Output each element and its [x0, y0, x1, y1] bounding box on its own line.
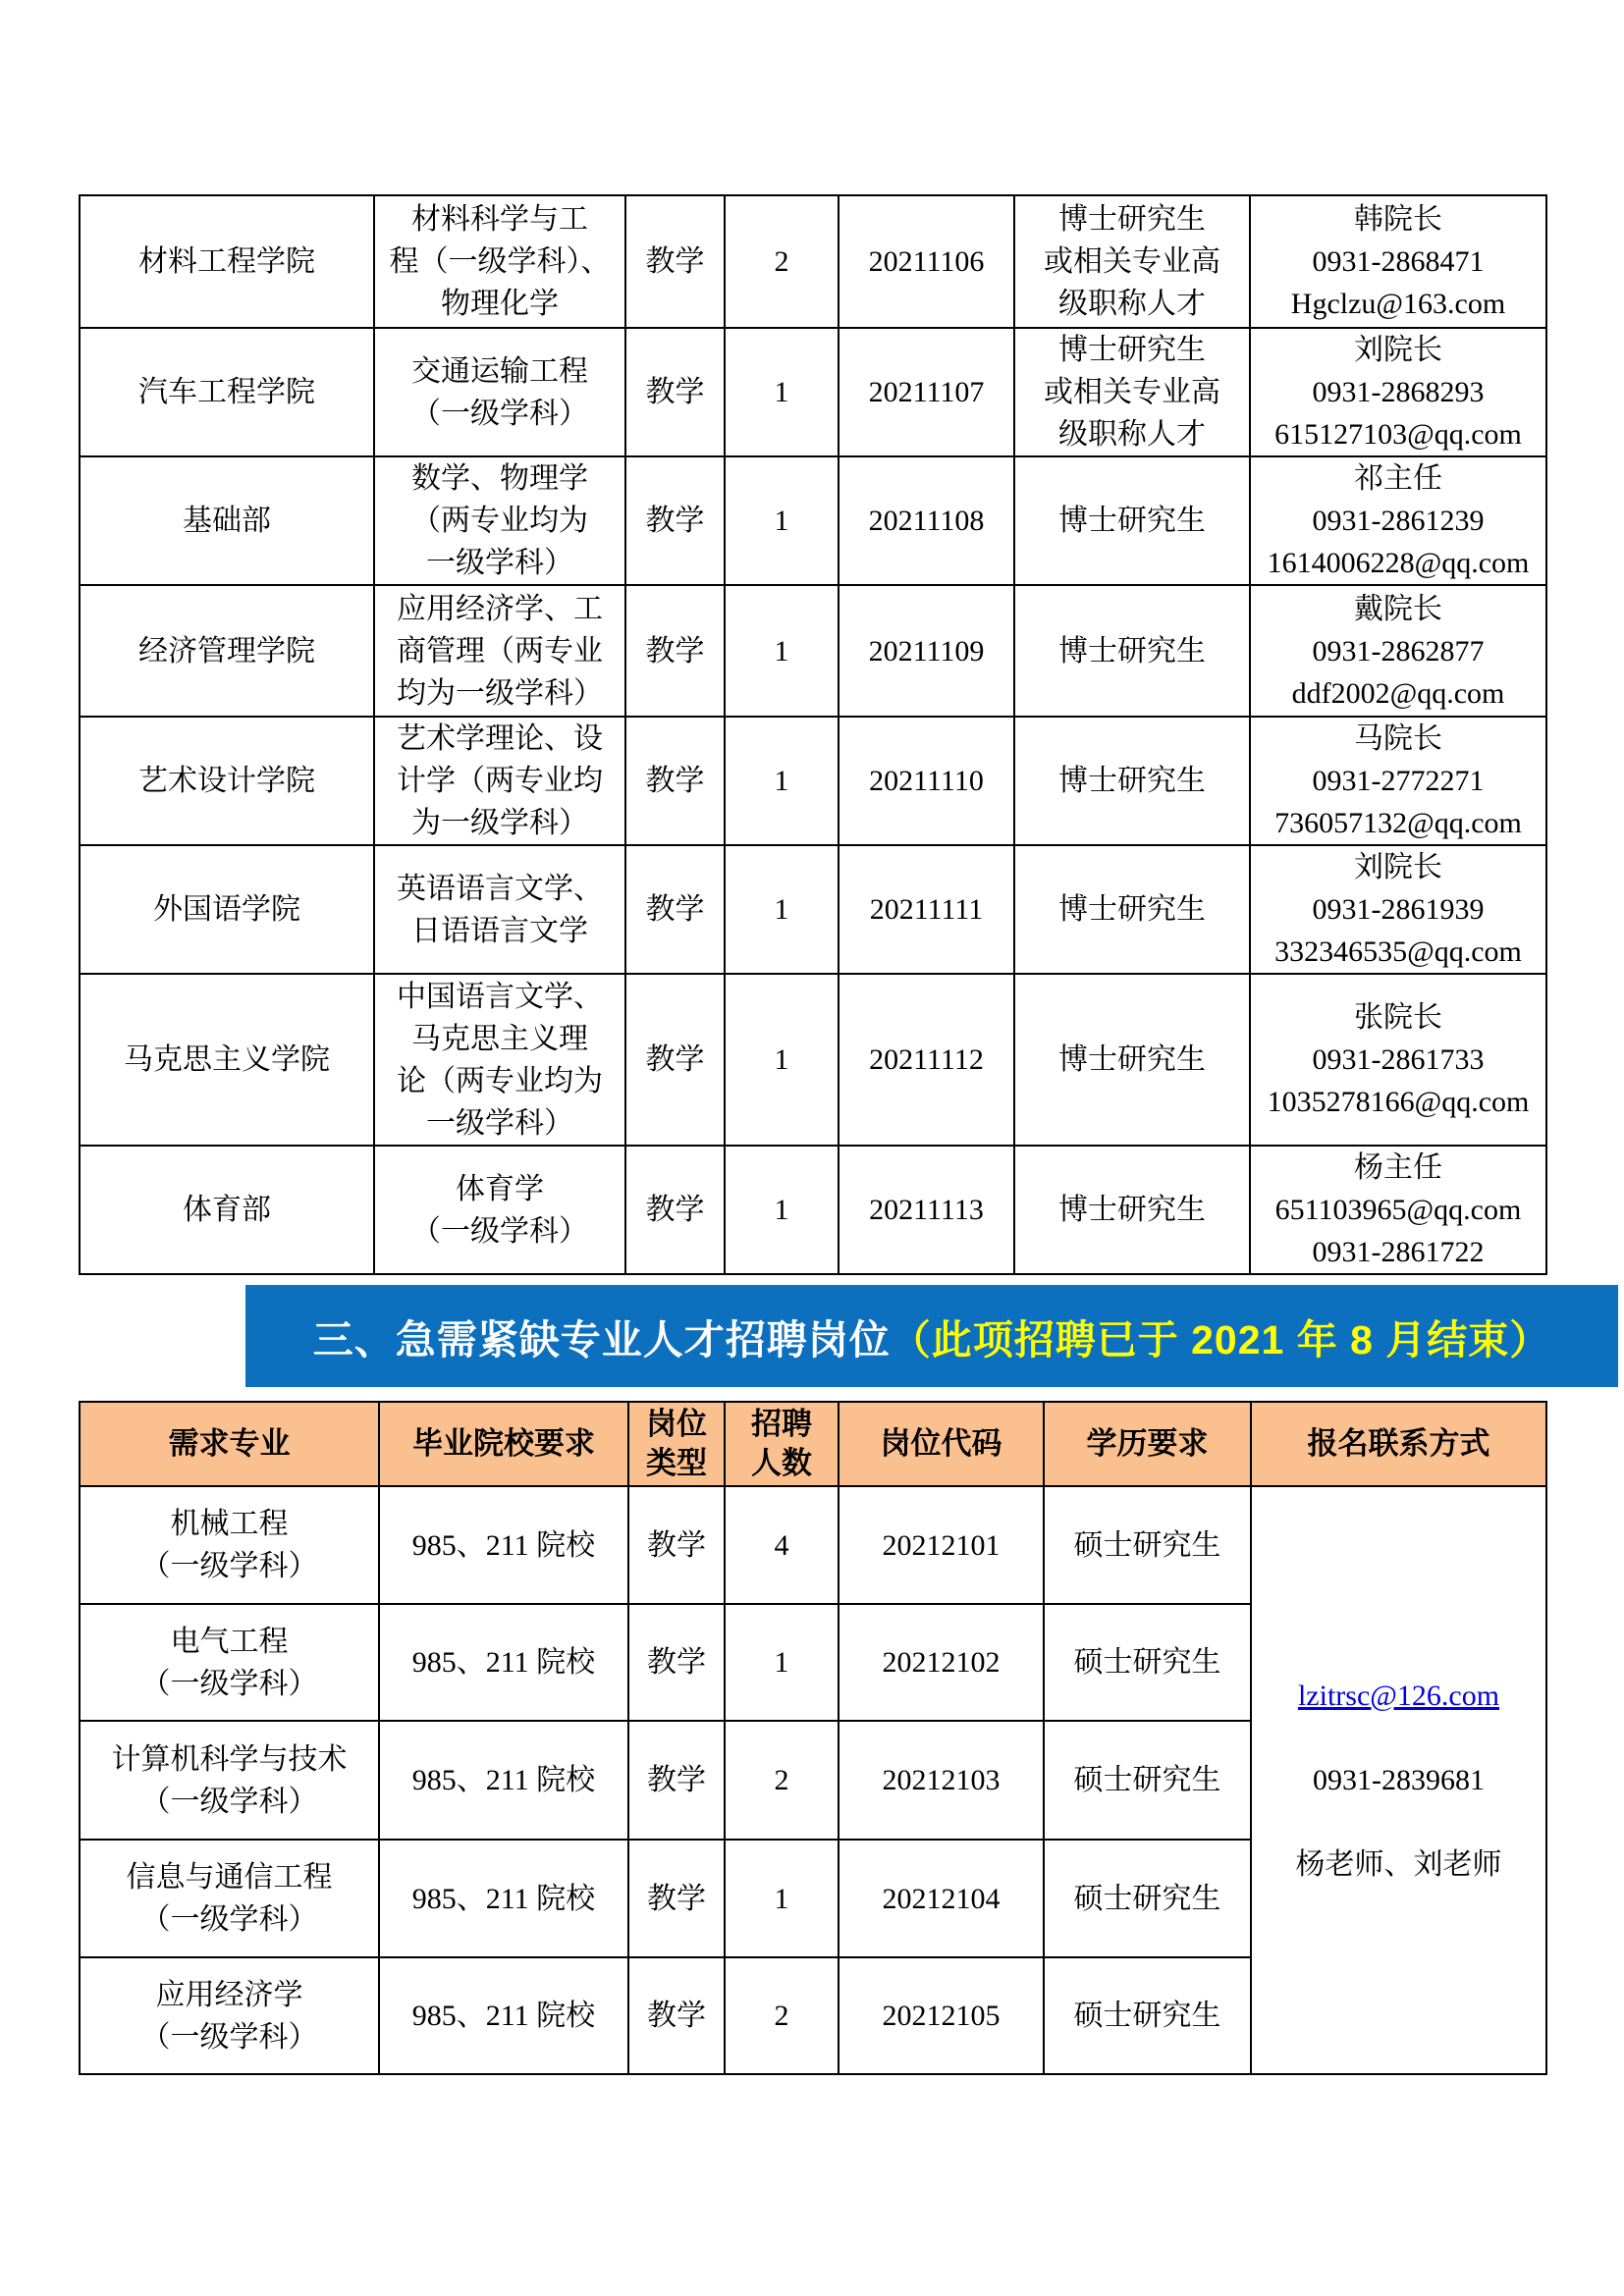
post-code-cell: 20211106	[839, 195, 1014, 328]
dept-cell: 马克思主义学院	[80, 974, 374, 1146]
degree-cell: 博士研究生	[1014, 845, 1250, 974]
degree-cell: 硕士研究生	[1044, 1840, 1251, 1957]
headcount-cell: 1	[725, 585, 839, 717]
post-type-cell: 教学	[625, 1146, 725, 1274]
contact-cell: 刘院长 0931-2868293 615127103@qq.com	[1250, 328, 1546, 456]
school-req-cell: 985、211 院校	[379, 1486, 628, 1604]
header-degree: 学历要求	[1044, 1402, 1251, 1486]
major-cell: 电气工程 （一级学科）	[80, 1604, 379, 1721]
headcount-cell: 1	[725, 328, 839, 456]
dept-cell: 经济管理学院	[80, 585, 374, 717]
headcount-cell: 1	[725, 717, 839, 845]
school-req-cell: 985、211 院校	[379, 1721, 628, 1840]
table-row: 体育部 体育学 （一级学科） 教学 1 20211113 博士研究生 杨主任 6…	[80, 1146, 1546, 1274]
headcount-cell: 1	[725, 974, 839, 1146]
post-code-cell: 20211112	[839, 974, 1014, 1146]
post-type-cell: 教学	[625, 195, 725, 328]
contact-cell: 刘院长 0931-2861939 332346535@qq.com	[1250, 845, 1546, 974]
post-type-cell: 教学	[628, 1840, 725, 1957]
header-headcount: 招聘 人数	[725, 1402, 839, 1486]
post-type-cell: 教学	[628, 1486, 725, 1604]
post-type-cell: 教学	[625, 585, 725, 717]
post-code-cell: 20212105	[839, 1957, 1044, 2074]
table-row: 经济管理学院 应用经济学、工 商管理（两专业 均为一级学科） 教学 1 2021…	[80, 585, 1546, 717]
headcount-cell: 2	[725, 195, 839, 328]
section-heading-text: 三、急需紧缺专业人才招聘岗位	[313, 1308, 891, 1365]
table-row: 汽车工程学院 交通运输工程 （一级学科） 教学 1 20211107 博士研究生…	[80, 328, 1546, 456]
degree-cell: 博士研究生	[1014, 974, 1250, 1146]
table-row: 基础部 数学、物理学 （两专业均为 一级学科） 教学 1 20211108 博士…	[80, 456, 1546, 585]
document-page: 材料工程学院 材料科学与工 程（一级学科）、 物理化学 教学 2 2021110…	[0, 0, 1624, 2296]
headcount-cell: 2	[725, 1957, 839, 2074]
table-row: 材料工程学院 材料科学与工 程（一级学科）、 物理化学 教学 2 2021110…	[80, 195, 1546, 328]
headcount-cell: 4	[725, 1486, 839, 1604]
table-row: 艺术设计学院 艺术学理论、设 计学（两专业均 为一级学科） 教学 1 20211…	[80, 717, 1546, 845]
section-heading-note: （此项招聘已于 2021 年 8 月结束）	[891, 1308, 1551, 1365]
post-code-cell: 20211107	[839, 328, 1014, 456]
headcount-cell: 2	[725, 1721, 839, 1840]
headcount-cell: 1	[725, 456, 839, 585]
majors-cell: 中国语言文学、 马克思主义理 论（两专业均为 一级学科）	[374, 974, 625, 1146]
header-major: 需求专业	[80, 1402, 379, 1486]
degree-cell: 博士研究生	[1014, 1146, 1250, 1274]
degree-cell: 博士研究生	[1014, 585, 1250, 717]
dept-cell: 基础部	[80, 456, 374, 585]
headcount-cell: 1	[725, 845, 839, 974]
major-cell: 计算机科学与技术 （一级学科）	[80, 1721, 379, 1840]
headcount-cell: 1	[725, 1146, 839, 1274]
degree-cell: 博士研究生	[1014, 456, 1250, 585]
contact-cell: 杨主任 651103965@qq.com 0931-2861722	[1250, 1146, 1546, 1274]
headcount-cell: 1	[725, 1840, 839, 1957]
contact-merged-cell: lzitrsc@126.com 0931-2839681 杨老师、刘老师	[1251, 1486, 1546, 2074]
table-row: 机械工程 （一级学科） 985、211 院校 教学 4 20212101 硕士研…	[80, 1486, 1546, 1604]
post-type-cell: 教学	[628, 1604, 725, 1721]
post-code-cell: 20211111	[839, 845, 1014, 974]
table-row: 外国语学院 英语语言文学、 日语语言文学 教学 1 20211111 博士研究生…	[80, 845, 1546, 974]
table-header-row: 需求专业 毕业院校要求 岗位 类型 招聘 人数 岗位代码 学历要求 报名联系方式	[80, 1402, 1546, 1486]
post-code-cell: 20211113	[839, 1146, 1014, 1274]
header-contact: 报名联系方式	[1251, 1402, 1546, 1486]
dept-cell: 材料工程学院	[80, 195, 374, 328]
post-code-cell: 20212103	[839, 1721, 1044, 1840]
post-code-cell: 20211109	[839, 585, 1014, 717]
post-type-cell: 教学	[628, 1721, 725, 1840]
dept-cell: 艺术设计学院	[80, 717, 374, 845]
header-post-type: 岗位 类型	[628, 1402, 725, 1486]
post-code-cell: 20212102	[839, 1604, 1044, 1721]
contact-cell: 戴院长 0931-2862877 ddf2002@qq.com	[1250, 585, 1546, 717]
contact-cell: 韩院长 0931-2868471 Hgclzu@163.com	[1250, 195, 1546, 328]
school-req-cell: 985、211 院校	[379, 1957, 628, 2074]
majors-cell: 英语语言文学、 日语语言文学	[374, 845, 625, 974]
school-req-cell: 985、211 院校	[379, 1604, 628, 1721]
contact-cell: 张院长 0931-2861733 1035278166@qq.com	[1250, 974, 1546, 1146]
post-type-cell: 教学	[625, 974, 725, 1146]
major-cell: 机械工程 （一级学科）	[80, 1486, 379, 1604]
majors-cell: 数学、物理学 （两专业均为 一级学科）	[374, 456, 625, 585]
contact-email-link[interactable]: lzitrsc@126.com	[1256, 1675, 1542, 1717]
contact-cell: 祁主任 0931-2861239 1614006228@qq.com	[1250, 456, 1546, 585]
table-row: 马克思主义学院 中国语言文学、 马克思主义理 论（两专业均为 一级学科） 教学 …	[80, 974, 1546, 1146]
post-code-cell: 20211110	[839, 717, 1014, 845]
degree-cell: 博士研究生	[1014, 717, 1250, 845]
degree-cell: 硕士研究生	[1044, 1486, 1251, 1604]
degree-cell: 硕士研究生	[1044, 1604, 1251, 1721]
headcount-cell: 1	[725, 1604, 839, 1721]
urgent-specialties-table: 需求专业 毕业院校要求 岗位 类型 招聘 人数 岗位代码 学历要求 报名联系方式…	[79, 1401, 1547, 2075]
post-type-cell: 教学	[625, 717, 725, 845]
degree-cell: 硕士研究生	[1044, 1721, 1251, 1840]
majors-cell: 体育学 （一级学科）	[374, 1146, 625, 1274]
majors-cell: 交通运输工程 （一级学科）	[374, 328, 625, 456]
majors-cell: 应用经济学、工 商管理（两专业 均为一级学科）	[374, 585, 625, 717]
post-type-cell: 教学	[628, 1957, 725, 2074]
post-type-cell: 教学	[625, 456, 725, 585]
degree-cell: 博士研究生 或相关专业高 级职称人才	[1014, 195, 1250, 328]
majors-cell: 艺术学理论、设 计学（两专业均 为一级学科）	[374, 717, 625, 845]
major-cell: 应用经济学 （一级学科）	[80, 1957, 379, 2074]
post-code-cell: 20211108	[839, 456, 1014, 585]
contact-phone: 0931-2839681	[1256, 1759, 1542, 1801]
degree-cell: 硕士研究生	[1044, 1957, 1251, 2074]
dept-cell: 外国语学院	[80, 845, 374, 974]
post-code-cell: 20212101	[839, 1486, 1044, 1604]
post-type-cell: 教学	[625, 845, 725, 974]
majors-cell: 材料科学与工 程（一级学科）、 物理化学	[374, 195, 625, 328]
contact-cell: 马院长 0931-2772271 736057132@qq.com	[1250, 717, 1546, 845]
section-heading-banner: 三、急需紧缺专业人才招聘岗位（此项招聘已于 2021 年 8 月结束）	[245, 1285, 1618, 1387]
dept-cell: 汽车工程学院	[80, 328, 374, 456]
post-code-cell: 20212104	[839, 1840, 1044, 1957]
major-cell: 信息与通信工程 （一级学科）	[80, 1840, 379, 1957]
school-req-cell: 985、211 院校	[379, 1840, 628, 1957]
teaching-posts-table: 材料工程学院 材料科学与工 程（一级学科）、 物理化学 教学 2 2021110…	[79, 194, 1547, 1275]
contact-names: 杨老师、刘老师	[1256, 1843, 1542, 1886]
header-school-req: 毕业院校要求	[379, 1402, 628, 1486]
header-post-code: 岗位代码	[839, 1402, 1044, 1486]
degree-cell: 博士研究生 或相关专业高 级职称人才	[1014, 328, 1250, 456]
dept-cell: 体育部	[80, 1146, 374, 1274]
post-type-cell: 教学	[625, 328, 725, 456]
